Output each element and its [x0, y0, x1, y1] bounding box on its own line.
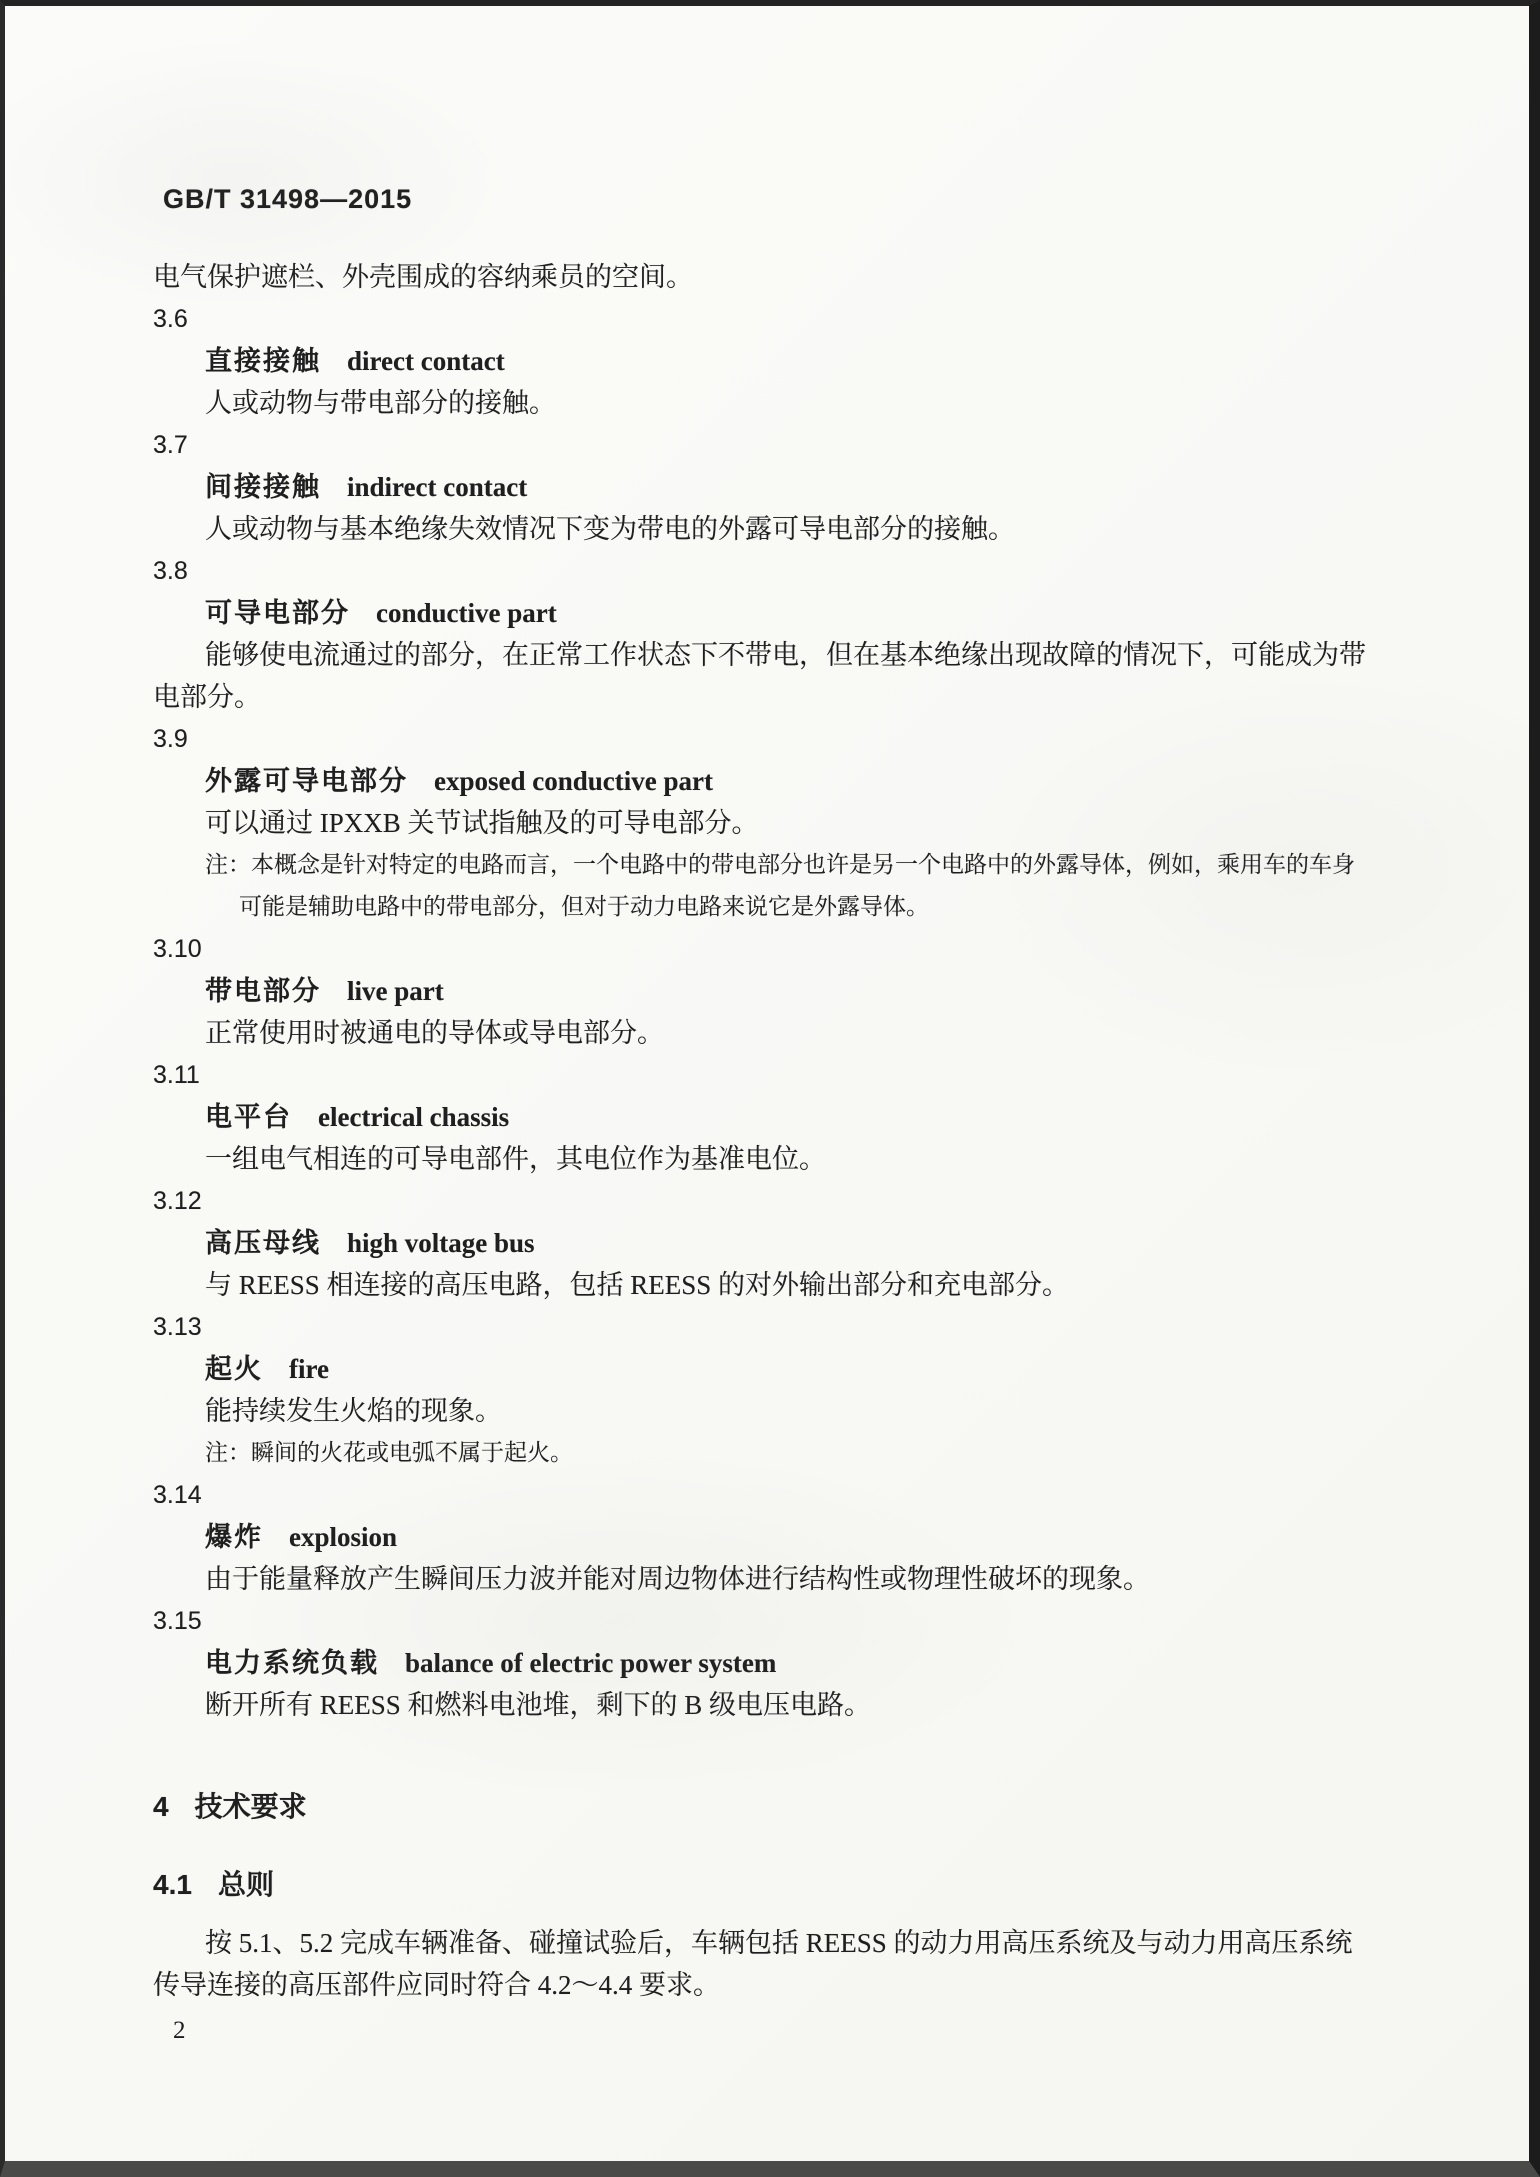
term-line: 电平台electrical chassis: [153, 1096, 1459, 1138]
definition-3-6: 3.6 直接接触direct contact 人或动物与带电部分的接触。: [153, 298, 1459, 424]
term-en: high voltage bus: [347, 1228, 535, 1258]
term-line: 间接接触indirect contact: [153, 466, 1459, 508]
definition-3-13: 3.13 起火fire 能持续发生火焰的现象。 注：瞬间的火花或电弧不属于起火。: [153, 1306, 1459, 1474]
term-en: balance of electric power system: [405, 1648, 776, 1678]
definition-3-8: 3.8 可导电部分conductive part 能够使电流通过的部分，在正常工…: [153, 550, 1459, 718]
definition-3-10: 3.10 带电部分live part 正常使用时被通电的导体或导电部分。: [153, 928, 1459, 1054]
term-en: exposed conductive part: [434, 766, 713, 796]
definition-3-7: 3.7 间接接触indirect contact 人或动物与基本绝缘失效情况下变…: [153, 424, 1459, 550]
section-4-1-heading: 4.1总则: [153, 1864, 1459, 1906]
term-zh: 直接接触: [205, 346, 321, 376]
definition-3-15: 3.15 电力系统负载balance of electric power sys…: [153, 1600, 1459, 1726]
term-line: 外露可导电部分exposed conductive part: [153, 760, 1459, 802]
document-body: 电气保护遮栏、外壳围成的容纳乘员的空间。 3.6 直接接触direct cont…: [153, 256, 1459, 2052]
term-en: direct contact: [347, 346, 505, 376]
intro-continuation-line: 电气保护遮栏、外壳围成的容纳乘员的空间。: [153, 256, 1459, 298]
clause-number: 3.9: [153, 718, 1459, 760]
definition-text: 能持续发生火焰的现象。: [153, 1390, 1459, 1432]
definition-text: 与 REESS 相连接的高压电路，包括 REESS 的对外输出部分和充电部分。: [153, 1264, 1459, 1306]
clause-number: 3.11: [153, 1054, 1459, 1096]
definition-3-9: 3.9 外露可导电部分exposed conductive part 可以通过 …: [153, 718, 1459, 928]
definition-text: 人或动物与带电部分的接触。: [153, 382, 1459, 424]
term-zh: 电平台: [205, 1102, 292, 1132]
paragraph-line: 按 5.1、5.2 完成车辆准备、碰撞试验后，车辆包括 REESS 的动力用高压…: [153, 1922, 1459, 1964]
clause-number: 3.10: [153, 928, 1459, 970]
term-en: live part: [347, 976, 444, 1006]
standard-number-header: GB/T 31498—2015: [163, 184, 1459, 214]
term-en: explosion: [289, 1522, 397, 1552]
clause-number: 3.6: [153, 298, 1459, 340]
term-zh: 带电部分: [205, 976, 321, 1006]
term-zh: 起火: [205, 1354, 263, 1384]
section-title: 总则: [218, 1869, 274, 1900]
term-line: 爆炸explosion: [153, 1516, 1459, 1558]
term-zh: 电力系统负载: [205, 1648, 379, 1678]
term-zh: 高压母线: [205, 1228, 321, 1258]
clause-number: 3.15: [153, 1600, 1459, 1642]
term-zh: 间接接触: [205, 472, 321, 502]
section-4-heading: 4技术要求: [153, 1786, 1459, 1828]
clause-number: 3.14: [153, 1474, 1459, 1516]
definition-text: 人或动物与基本绝缘失效情况下变为带电的外露可导电部分的接触。: [153, 508, 1459, 550]
definition-text: 可以通过 IPXXB 关节试指触及的可导电部分。: [153, 802, 1459, 844]
definition-3-11: 3.11 电平台electrical chassis 一组电气相连的可导电部件，…: [153, 1054, 1459, 1180]
term-line: 可导电部分conductive part: [153, 592, 1459, 634]
term-zh: 外露可导电部分: [205, 766, 408, 796]
definition-text: 能够使电流通过的部分，在正常工作状态下不带电，但在基本绝缘出现故障的情况下，可能…: [153, 634, 1459, 676]
section-number: 4: [153, 1791, 169, 1822]
scanned-document-page: GB/T 31498—2015 电气保护遮栏、外壳围成的容纳乘员的空间。 3.6…: [0, 0, 1540, 2177]
definition-text: 一组电气相连的可导电部件，其电位作为基准电位。: [153, 1138, 1459, 1180]
term-line: 直接接触direct contact: [153, 340, 1459, 382]
definition-text: 由于能量释放产生瞬间压力波并能对周边物体进行结构性或物理性破坏的现象。: [153, 1558, 1459, 1600]
term-line: 电力系统负载balance of electric power system: [153, 1642, 1459, 1684]
term-line: 起火fire: [153, 1348, 1459, 1390]
term-line: 带电部分live part: [153, 970, 1459, 1012]
term-zh: 可导电部分: [205, 598, 350, 628]
term-line: 高压母线high voltage bus: [153, 1222, 1459, 1264]
definition-3-14: 3.14 爆炸explosion 由于能量释放产生瞬间压力波并能对周边物体进行结…: [153, 1474, 1459, 1600]
term-en: conductive part: [376, 598, 557, 628]
term-zh: 爆炸: [205, 1522, 263, 1552]
term-en: fire: [289, 1354, 329, 1384]
section-number: 4.1: [153, 1869, 192, 1900]
definition-text: 正常使用时被通电的导体或导电部分。: [153, 1012, 1459, 1054]
definition-text-continuation: 电部分。: [153, 676, 1459, 718]
term-en: electrical chassis: [318, 1102, 509, 1132]
term-en: indirect contact: [347, 472, 527, 502]
clause-number: 3.12: [153, 1180, 1459, 1222]
definition-text: 断开所有 REESS 和燃料电池堆，剩下的 B 级电压电路。: [153, 1684, 1459, 1726]
page-number: 2: [153, 2010, 1459, 2052]
note-line: 注：瞬间的火花或电弧不属于起火。: [153, 1432, 1459, 1474]
section-title: 技术要求: [195, 1791, 307, 1822]
note-continuation-line: 可能是辅助电路中的带电部分，但对于动力电路来说它是外露导体。: [153, 886, 1459, 928]
note-line: 注：本概念是针对特定的电路而言，一个电路中的带电部分也许是另一个电路中的外露导体…: [153, 844, 1459, 886]
paragraph-continuation-line: 传导连接的高压部件应同时符合 4.2～4.4 要求。: [153, 1964, 1459, 2006]
clause-number: 3.13: [153, 1306, 1459, 1348]
clause-number: 3.8: [153, 550, 1459, 592]
page-content: GB/T 31498—2015 电气保护遮栏、外壳围成的容纳乘员的空间。 3.6…: [5, 6, 1529, 2052]
definition-3-12: 3.12 高压母线high voltage bus 与 REESS 相连接的高压…: [153, 1180, 1459, 1306]
clause-number: 3.7: [153, 424, 1459, 466]
